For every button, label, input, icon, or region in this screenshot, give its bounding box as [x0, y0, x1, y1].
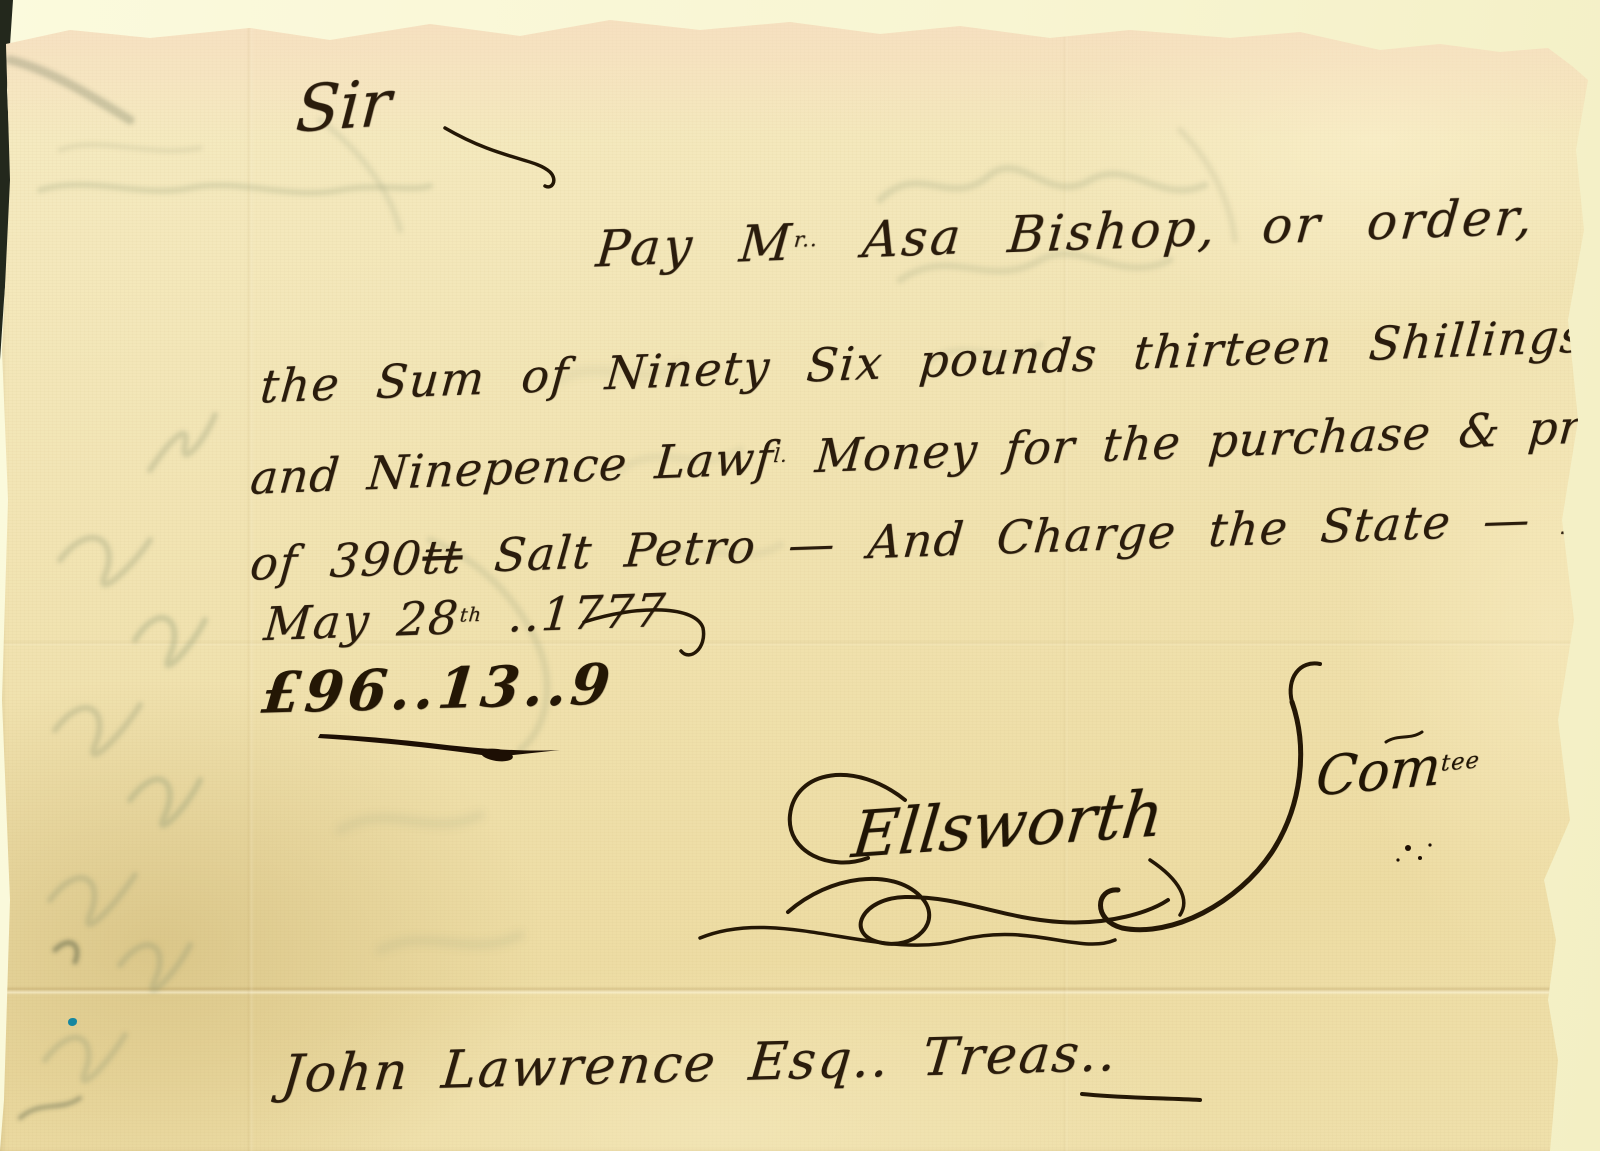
- salutation: Sir: [294, 66, 394, 147]
- amount-text: £96..13..9: [259, 651, 617, 726]
- date-line-rest: ..1777: [479, 583, 669, 644]
- pay-line-pre: Pay M: [594, 213, 797, 278]
- amount-figure: £96..13..9: [259, 651, 617, 726]
- salutation-text: Sir: [294, 66, 394, 147]
- torn-edge-shading: [0, 0, 1600, 1151]
- committee-main: Com: [1314, 734, 1443, 809]
- date-line-pre: May 28: [262, 590, 462, 651]
- scan-background: Sir Pay Mr.. Asa Bishop, or order, the S…: [0, 0, 1600, 1151]
- charge-line-pre: of 390: [248, 531, 425, 591]
- mister-abbreviation: r..: [793, 227, 819, 252]
- committee-superscript: tee: [1440, 747, 1481, 777]
- pound-weight-symbol: tt: [420, 529, 465, 585]
- manuscript-paper: Sir Pay Mr.. Asa Bishop, or order, the S…: [0, 0, 1600, 1151]
- ordinal-th: th: [459, 603, 483, 627]
